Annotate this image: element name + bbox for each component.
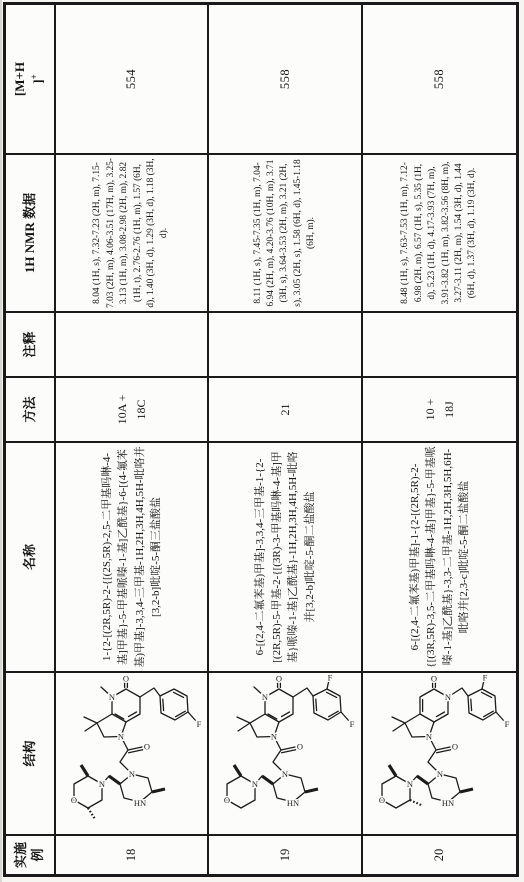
compound-name: 6-[(2,4-二氟苯基)甲基]-1-{2-[(2R,5R)-2-{[(3R,5… [407,446,473,668]
atom-label-n: N [425,732,431,742]
chemical-structure-20: O N N O N HN N O F F [365,674,515,834]
cell-notes-20 [363,311,516,376]
header-nmr-label: 1H NMR 数据 [22,193,39,273]
atom-label-f: F [328,674,333,684]
header-name: 名称 [6,441,56,671]
atom-label-n: N [98,780,104,790]
atom-label-n: N [128,770,134,780]
example-number: 20 [432,849,447,862]
scan-edge-artifact [0,0,2,882]
header-structure: 结构 [6,671,56,834]
header-name-label: 名称 [22,544,39,570]
compound-table: 实施例 结构 名称 方法 注释 1H NMR 数据 [M+H ]+ 18 [3,2,519,877]
cell-mh-19: 558 [209,5,363,153]
patent-page: 实施例 结构 名称 方法 注释 1H NMR 数据 [M+H ]+ 18 [0,0,524,882]
header-mh: [M+H ]+ [6,5,56,153]
atom-label-n: N [271,732,277,742]
cell-nmr-18: 8.04 (1H, s), 7.32-7.23 (2H, m), 7.15-7.… [56,153,209,311]
cell-structure-20: O N N O N HN N O F F [363,671,516,834]
cell-mh-20: 558 [363,5,516,153]
mh-value: 558 [278,69,293,89]
structure-rotation-wrap: O N N O N HN N O F F [365,674,515,834]
mh-value: 558 [432,69,447,89]
cell-method-18: 10A + 18C [56,376,209,441]
atom-label-f: F [196,720,201,730]
header-example-label: 实施例 [13,837,47,873]
cell-notes-18 [56,311,209,376]
structure-rotation-wrap: O N N O N HN N O F F [210,674,360,834]
nmr-value: 8.04 (1H, s), 7.32-7.23 (2H, m), 7.15-7.… [91,158,171,308]
header-mh-line1: [M+H [12,62,27,96]
atom-label-f: F [350,720,355,730]
header-method-label: 方法 [22,397,39,423]
cell-notes-19 [209,311,363,376]
atom-label-n: N [108,693,114,703]
compound-name: 1-{2-[(2R,5R)-2-{[(2S,5R)-2,5-二甲基吗啉-4-基]… [99,446,165,668]
cell-method-20: 10 + 18J [363,376,516,441]
cell-nmr-19: 8.11 (1H, s), 7.45-7.35 (1H, m), 7.04-6.… [209,153,363,311]
header-example: 实施例 [6,834,56,874]
cell-method-19: 21 [209,376,363,441]
header-notes: 注释 [6,311,56,376]
atom-label-n: N [436,770,442,780]
cell-structure-18: O N N O N HN N O F [56,671,209,834]
chemical-structure-18: O N N O N HN N O F [57,674,207,834]
atom-label-n: N [117,732,123,742]
atom-label-n: N [282,770,288,780]
cell-mh-18: 554 [56,5,209,153]
structure-rotation-wrap: O N N O N HN N O F [57,674,207,834]
atom-label-n: N [252,780,258,790]
atom-label-o: O [70,796,76,806]
atom-label-o: O [224,796,230,806]
atom-label-o: O [122,674,128,684]
atom-label-f: F [482,674,487,684]
method-value: 10A + 18C [113,395,150,425]
atom-label-o: O [276,674,282,684]
header-mh-label: [M+H ]+ [12,62,47,96]
method-value: 21 [276,404,295,416]
cell-name-18: 1-{2-[(2R,5R)-2-{[(2S,5R)-2,5-二甲基吗啉-4-基]… [56,441,209,671]
header-notes-label: 注释 [22,332,39,358]
cell-name-20: 6-[(2,4-二氟苯基)甲基]-1-{2-[(2R,5R)-2-{[(3R,5… [363,441,516,671]
mh-value: 554 [124,69,139,89]
cell-nmr-20: 8.48 (1H, s), 7.63-7.53 (1H, m), 7.12-6.… [363,153,516,311]
atom-label-o: O [430,674,436,684]
header-method: 方法 [6,376,56,441]
atom-label-n: N [262,693,268,703]
example-number: 19 [278,849,293,862]
atom-label-n: N [406,780,412,790]
rotated-table-container: 实施例 结构 名称 方法 注释 1H NMR 数据 [M+H ]+ 18 [3,2,519,877]
atom-label-n: N [444,693,450,703]
atom-label-o: O [143,742,149,752]
method-value: 10 + 18J [421,399,458,421]
cell-example-19: 19 [209,834,363,874]
atom-label-hn: HN [287,799,299,809]
header-mh-line2: ] [31,79,46,83]
header-nmr: 1H NMR 数据 [6,153,56,311]
chemical-structure-19: O N N O N HN N O F F [210,674,360,834]
compound-name: 6-[(2,4-二氟苯基)甲基]-3,3,4-三甲基-1-{2-[(2R,5R)… [252,446,318,668]
header-structure-label: 结构 [22,741,39,767]
atom-label-o: O [451,742,457,752]
nmr-value: 8.11 (1H, s), 7.45-7.35 (1H, m), 7.04-6.… [252,158,319,308]
cell-name-19: 6-[(2,4-二氟苯基)甲基]-3,3,4-三甲基-1-{2-[(2R,5R)… [209,441,363,671]
header-mh-sup: + [29,74,39,79]
cell-example-20: 20 [363,834,516,874]
example-number: 18 [124,849,139,862]
nmr-value: 8.48 (1H, s), 7.63-7.53 (1H, m), 7.12-6.… [399,158,479,308]
atom-label-hn: HN [441,799,453,809]
cell-example-18: 18 [56,834,209,874]
atom-label-hn: HN [133,799,145,809]
atom-label-o: O [297,742,303,752]
atom-label-f: F [504,720,509,730]
cell-structure-19: O N N O N HN N O F F [209,671,363,834]
atom-label-o: O [378,796,384,806]
